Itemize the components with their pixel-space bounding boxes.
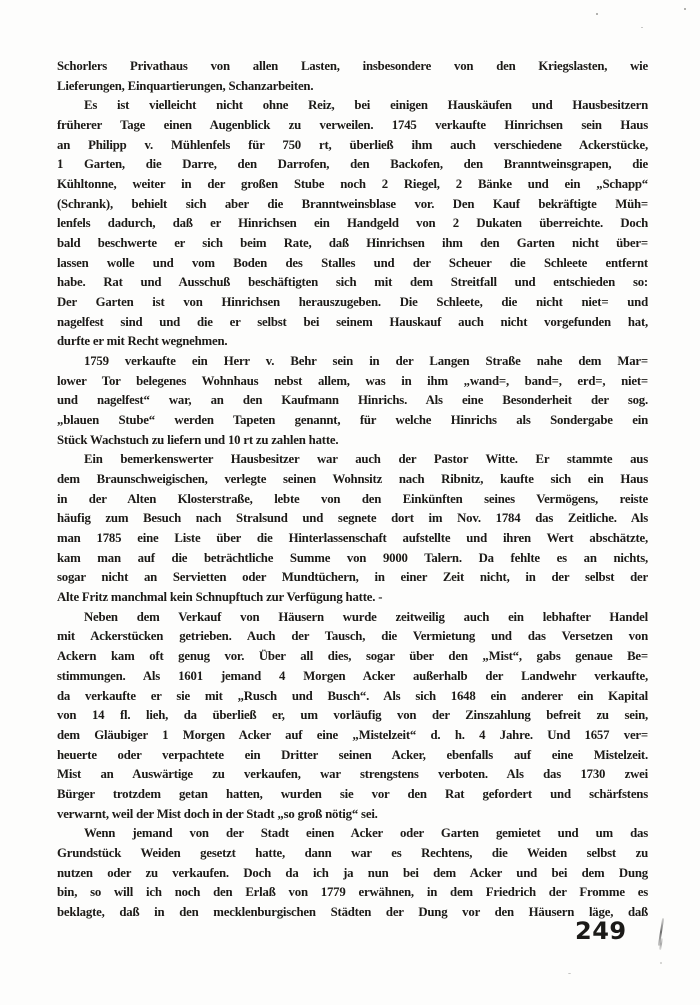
text-line: lower Tor belegenes Wohnhaus nebst allem… (57, 372, 648, 392)
text-line: Lieferungen, Einquartierungen, Schanzarb… (57, 77, 648, 97)
scan-speck (641, 27, 643, 28)
scanned-book-page: Schorlers Privathaus von allen Lasten, i… (0, 0, 700, 1005)
text-line: 1 Garten, die Darre, den Darrofen, den B… (57, 155, 648, 175)
text-line: beklagte, daß in den mecklenburgischen S… (57, 903, 648, 923)
text-line: (Schrank), behielt sich aber die Branntw… (57, 195, 648, 215)
text-line: verwarnt, weil der Mist doch in der Stad… (57, 805, 648, 825)
text-line: Bürger trotzdem getan hatten, wurden sie… (57, 785, 648, 805)
scan-speck (596, 13, 598, 15)
text-line: habe. Rat und Ausschuß beschäftigten sic… (57, 273, 648, 293)
text-line: lenfels dadurch, daß er Hinrichsen ein H… (57, 214, 648, 234)
text-line: da verkaufte er sie mit „Rusch und Busch… (57, 687, 648, 707)
text-line: Es ist vielleicht nicht ohne Reiz, bei e… (57, 96, 648, 116)
text-line: bald beschwerte er sich beim Rate, daß H… (57, 234, 648, 254)
text-line: an Philipp v. Mühlenfels für 750 rt, übe… (57, 136, 648, 156)
text-line: man 1785 eine Liste über die Hinterlasse… (57, 529, 648, 549)
text-line: dem Braunschweigischen, verlegte seinen … (57, 470, 648, 490)
text-line: bin, so will ich noch den Erlaß von 1779… (57, 883, 648, 903)
page-number: 249 (575, 917, 617, 945)
text-line: Mist an Auswärtige zu verkaufen, war str… (57, 765, 648, 785)
text-line: Alte Fritz manchmal kein Schnupftuch zur… (57, 588, 648, 608)
text-line: heuerte oder verpachtete ein Dritter sei… (57, 746, 648, 766)
text-line: „blauen Stube“ werden Tapeten genannt, f… (57, 411, 648, 431)
scan-speck (568, 973, 571, 974)
text-line: Stück Wachstuch zu liefern und 10 rt zu … (57, 431, 648, 451)
text-line: Ackern kam oft genug vor. Über all dies,… (57, 647, 648, 667)
scan-speck (660, 962, 662, 964)
text-block: Schorlers Privathaus von allen Lasten, i… (57, 57, 648, 923)
text-line: früherer Tage einen Augenblick zu verwei… (57, 116, 648, 136)
text-line: Kühltonne, weiter in der großen Stube no… (57, 175, 648, 195)
text-line: sogar nicht an Servietten oder Mundtüche… (57, 568, 648, 588)
pen-mark (659, 938, 663, 950)
text-line: Wenn jemand von der Stadt einen Acker od… (57, 824, 648, 844)
text-line: mit Ackerstücken getrieben. Auch der Tau… (57, 627, 648, 647)
text-line: Schorlers Privathaus von allen Lasten, i… (57, 57, 648, 77)
text-line: Ein bemerkenswerter Hausbesitzer war auc… (57, 450, 648, 470)
text-line: durfte er mit Recht wegnehmen. (57, 332, 648, 352)
text-line: Neben dem Verkauf von Häusern wurde zeit… (57, 608, 648, 628)
text-line: nagelfest sind und die er selbst bei sei… (57, 313, 648, 333)
text-line: Der Garten ist von Hinrichsen herauszuge… (57, 293, 648, 313)
text-line: 1759 verkaufte ein Herr v. Behr sein in … (57, 352, 648, 372)
text-line: stimmungen. Als 1601 jemand 4 Morgen Ack… (57, 667, 648, 687)
text-line: dem Gläubiger 1 Morgen Acker auf eine „M… (57, 726, 648, 746)
text-line: und nagelfest“ war, an den Kaufmann Hinr… (57, 391, 648, 411)
text-line: in der Alten Klosterstraße, lebte von de… (57, 490, 648, 510)
text-line: nutzen oder zu verkaufen. Doch da ich ja… (57, 864, 648, 884)
text-line: von 14 fl. lieh, da überließ er, um vorl… (57, 706, 648, 726)
scan-speck (684, 8, 686, 10)
text-line: kam man auf die beträchtliche Summe von … (57, 549, 648, 569)
text-line: Grundstück Weiden gesetzt hatte, dann wa… (57, 844, 648, 864)
text-line: lassen wolle und vom Boden des Stalles u… (57, 254, 648, 274)
text-line: häufig zum Besuch nach Stralsund und seg… (57, 509, 648, 529)
